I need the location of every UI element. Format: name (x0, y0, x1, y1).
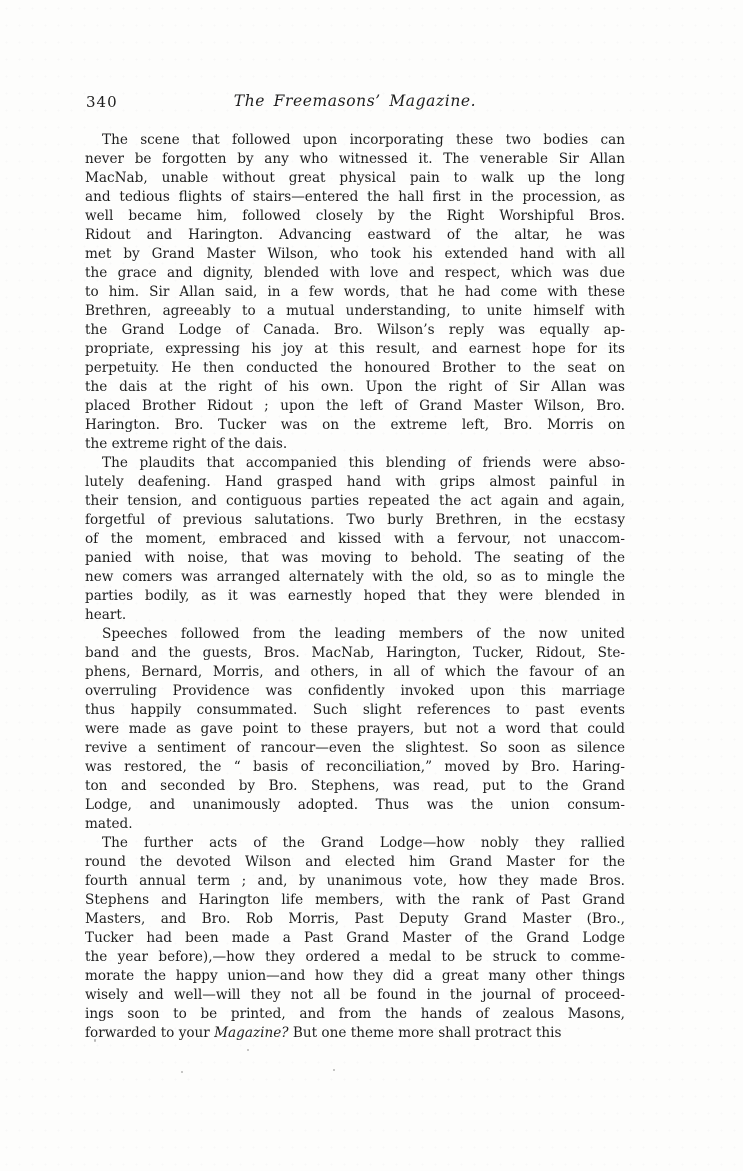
text-line: were made as gave point to these prayers… (85, 720, 625, 739)
text-line: well became him, followed closely by the… (85, 207, 625, 226)
text-line: overruling Providence was confidently in… (85, 682, 625, 701)
text-line: propriate, expressing his joy at this re… (85, 340, 625, 359)
text-line: The further acts of the Grand Lodge—how … (85, 834, 625, 853)
paragraph: Speeches followed from the leading membe… (85, 625, 625, 834)
page-content: 340 The Freemasons’ Magazine. The scene … (85, 92, 625, 1043)
paragraph: The further acts of the Grand Lodge—how … (85, 834, 625, 1043)
text-line: perpetuity. He then conducted the honour… (85, 359, 625, 378)
text-line: Stephens and Harington life members, wit… (85, 891, 625, 910)
text-line: Ridout and Harington. Advancing eastward… (85, 226, 625, 245)
page-number: 340 (86, 93, 118, 111)
text-line: morate the happy union—and how they did … (85, 967, 625, 986)
page-header: 340 The Freemasons’ Magazine. (85, 92, 625, 112)
text-line: the grace and dignity, blended with love… (85, 264, 625, 283)
paragraph: The plaudits that accompanied this blend… (85, 454, 625, 625)
text-line: parties bodily, as it was earnestly hope… (85, 587, 625, 606)
text-line: Harington. Bro. Tucker was on the extrem… (85, 416, 625, 435)
text-line: wisely and well—will they not all be fou… (85, 986, 625, 1005)
text-line: thus happily consummated. Such slight re… (85, 701, 625, 720)
text-line: to him. Sir Allan said, in a few words, … (85, 283, 625, 302)
text-line: phens, Bernard, Morris, and others, in a… (85, 663, 625, 682)
text-line: round the devoted Wilson and elected him… (85, 853, 625, 872)
magazine-page: 340 The Freemasons’ Magazine. The scene … (0, 0, 743, 1171)
scan-speck (181, 1071, 183, 1073)
scan-speck (247, 1049, 249, 1051)
text-line: never be forgotten by any who witnessed … (85, 150, 625, 169)
text-line: ings soon to be printed, and from the ha… (85, 1005, 625, 1024)
text-line: new comers was arranged alternately with… (85, 568, 625, 587)
text-line: heart. (85, 606, 625, 625)
text-line: Lodge, and unanimously adopted. Thus was… (85, 796, 625, 815)
text-line: the year before),—how they ordered a med… (85, 948, 625, 967)
text-line: met by Grand Master Wilson, who took his… (85, 245, 625, 264)
text-line: and tedious flights of stairs—entered th… (85, 188, 625, 207)
scan-speck (94, 1039, 96, 1042)
text-line: their tension, and contiguous parties re… (85, 492, 625, 511)
text-line: the dais at the right of his own. Upon t… (85, 378, 625, 397)
text-line: MacNab, unable without great physical pa… (85, 169, 625, 188)
paragraph: The scene that followed upon incorporati… (85, 131, 625, 454)
text-line: band and the guests, Bros. MacNab, Harin… (85, 644, 625, 663)
text-line: was restored, the “ basis of reconciliat… (85, 758, 625, 777)
text-line: Speeches followed from the leading membe… (85, 625, 625, 644)
journal-title: The Freemasons’ Magazine. (85, 92, 625, 110)
text-line: panied with noise, that was moving to be… (85, 549, 625, 568)
text-line: fourth annual term ; and, by unanimous v… (85, 872, 625, 891)
text-line: revive a sentiment of rancour—even the s… (85, 739, 625, 758)
text-line: Masters, and Bro. Rob Morris, Past Deput… (85, 910, 625, 929)
scan-speck (333, 1069, 335, 1071)
text-line: The scene that followed upon incorporati… (85, 131, 625, 150)
page-body: The scene that followed upon incorporati… (85, 131, 625, 1043)
text-line: the extreme right of the dais. (85, 435, 625, 454)
text-line: the Grand Lodge of Canada. Bro. Wilson’s… (85, 321, 625, 340)
text-line: placed Brother Ridout ; upon the left of… (85, 397, 625, 416)
text-line: of the moment, embraced and kissed with … (85, 530, 625, 549)
text-line: The plaudits that accompanied this blend… (85, 454, 625, 473)
text-line: mated. (85, 815, 625, 834)
text-line: ton and seconded by Bro. Stephens, was r… (85, 777, 625, 796)
text-line: Brethren, agreeably to a mutual understa… (85, 302, 625, 321)
text-line: forgetful of previous salutations. Two b… (85, 511, 625, 530)
text-line: lutely deafening. Hand grasped hand with… (85, 473, 625, 492)
text-line: Tucker had been made a Past Grand Master… (85, 929, 625, 948)
text-line: forwarded to your Magazine? But one them… (85, 1024, 625, 1043)
